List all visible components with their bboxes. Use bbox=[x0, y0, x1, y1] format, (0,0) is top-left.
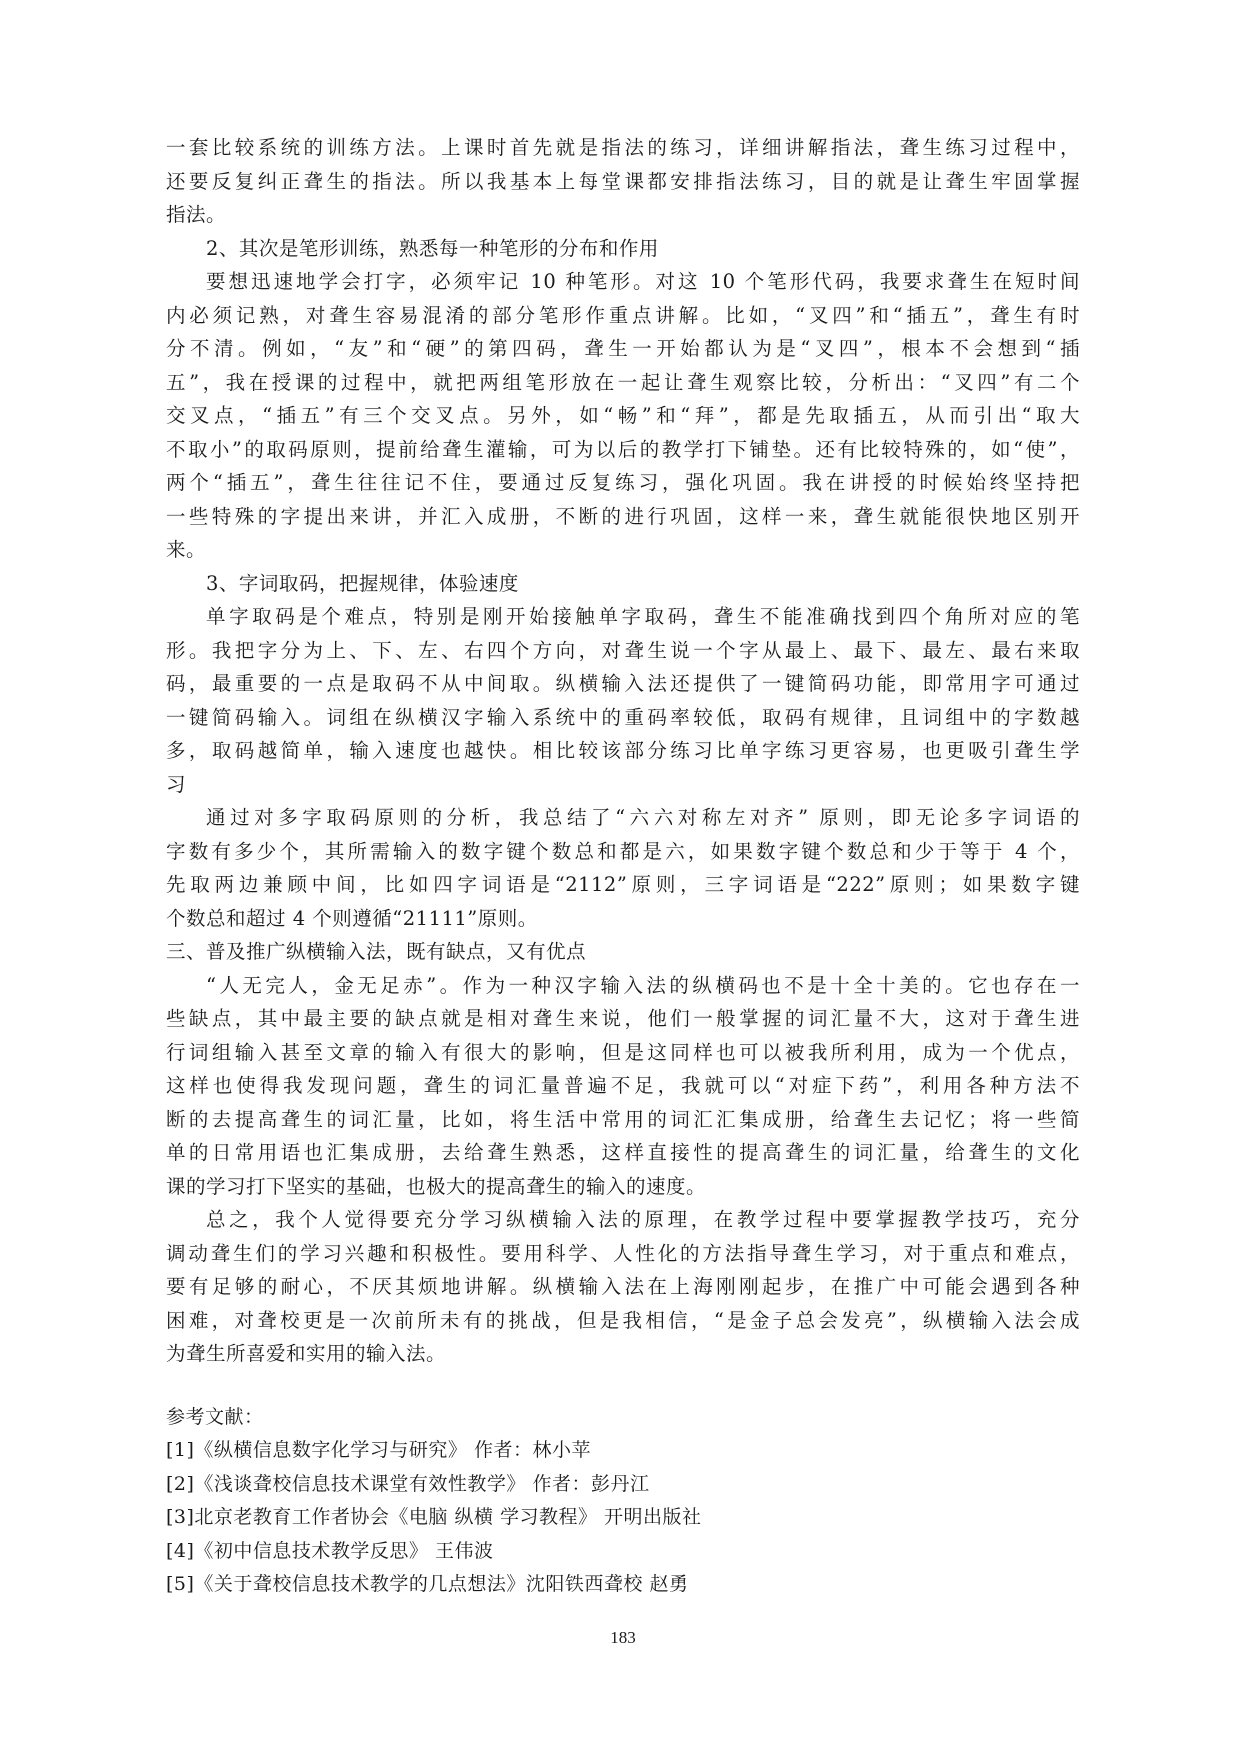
body-text: 一套比较系统的训练方法。上课时首先就是指法的练习，详细讲解指法，聋生练习过程中，… bbox=[166, 131, 1080, 1602]
section-heading-text: 三、普及推广纵横输入法，既有缺点，又有优点 bbox=[166, 935, 1080, 969]
section-heading-promotion: 三、普及推广纵横输入法，既有缺点，又有优点 bbox=[166, 935, 1080, 969]
text-line: 行词组输入甚至文章的输入有很大的影响，但是这同样也可以被我所利用，成为一个优点， bbox=[166, 1036, 1080, 1070]
references-heading: 参考文献： bbox=[166, 1401, 1080, 1435]
text-line: 来。 bbox=[166, 533, 1080, 567]
reference-item: [2]《浅谈聋校信息技术课堂有效性教学》 作者：彭丹江 bbox=[166, 1468, 1080, 1502]
text-line: 断的去提高聋生的词汇量，比如，将生活中常用的词汇汇集成册，给聋生去记忆；将一些简 bbox=[166, 1103, 1080, 1137]
text-line: 形。我把字分为上、下、左、右四个方向，对聋生说一个字从最上、最下、最左、最右来取 bbox=[166, 634, 1080, 668]
text-line: 多，取码越简单，输入速度也越快。相比较该部分练习比单字练习更容易，也更吸引聋生学 bbox=[166, 734, 1080, 768]
text-line: 为聋生所喜爱和实用的输入法。 bbox=[166, 1337, 1080, 1371]
text-line: 指法。 bbox=[166, 198, 1080, 232]
text-line: 先取两边兼顾中间，比如四字词语是“2112”原则，三字词语是“222”原则；如果… bbox=[166, 868, 1080, 902]
reference-item: [3]北京老教育工作者协会《电脑 纵横 学习教程》 开明出版社 bbox=[166, 1501, 1080, 1535]
text-line: 一套比较系统的训练方法。上课时首先就是指法的练习，详细讲解指法，聋生练习过程中， bbox=[166, 131, 1080, 165]
text-line: 还要反复纠正聋生的指法。所以我基本上每堂课都安排指法练习，目的就是让聋生牢固掌握 bbox=[166, 165, 1080, 199]
text-line: 习 bbox=[166, 768, 1080, 802]
text-line: 码，最重要的一点是取码不从中间取。纵横输入法还提供了一键简码功能，即常用字可通过 bbox=[166, 667, 1080, 701]
text-line: 单的日常用语也汇集成册，去给聋生熟悉，这样直接性的提高聋生的词汇量，给聋生的文化 bbox=[166, 1136, 1080, 1170]
text-line: 五”，我在授课的过程中，就把两组笔形放在一起让聋生观察比较，分析出：“叉四”有二… bbox=[166, 366, 1080, 400]
text-line: 些缺点，其中最主要的缺点就是相对聋生来说，他们一般掌握的词汇量不大，这对于聋生进 bbox=[166, 1002, 1080, 1036]
text-line: 单字取码是个难点，特别是刚开始接触单字取码，聋生不能准确找到四个角所对应的笔 bbox=[166, 600, 1080, 634]
text-line: 内必须记熟，对聋生容易混淆的部分笔形作重点讲解。比如，“叉四”和“插五”，聋生有… bbox=[166, 299, 1080, 333]
text-line: 困难，对聋校更是一次前所未有的挑战，但是我相信，“是金子总会发亮”，纵横输入法会… bbox=[166, 1304, 1080, 1338]
reference-item: [5]《关于聋校信息技术教学的几点想法》沈阳铁西聋校 赵勇 bbox=[166, 1568, 1080, 1602]
text-line: 调动聋生们的学习兴趣和积极性。要用科学、人性化的方法指导聋生学习，对于重点和难点… bbox=[166, 1237, 1080, 1271]
subheading-text: 3、字词取码，把握规律，体验速度 bbox=[166, 567, 1080, 601]
reference-item: [4]《初中信息技术教学反思》 王伟波 bbox=[166, 1535, 1080, 1569]
subheading-word-coding: 3、字词取码，把握规律，体验速度 bbox=[166, 567, 1080, 601]
text-line: 要想迅速地学会打字，必须牢记 10 种笔形。对这 10 个笔形代码，我要求聋生在… bbox=[166, 265, 1080, 299]
paragraph: 单字取码是个难点，特别是刚开始接触单字取码，聋生不能准确找到四个角所对应的笔 形… bbox=[166, 600, 1080, 801]
subheading-text: 2、其次是笔形训练，熟悉每一种笔形的分布和作用 bbox=[166, 232, 1080, 266]
page-number: 183 bbox=[0, 1628, 1246, 1648]
references: 参考文献： [1]《纵横信息数字化学习与研究》 作者：林小苹 [2]《浅谈聋校信… bbox=[166, 1401, 1080, 1602]
subheading-strokes-training: 2、其次是笔形训练，熟悉每一种笔形的分布和作用 bbox=[166, 232, 1080, 266]
text-line: 要有足够的耐心，不厌其烦地讲解。纵横输入法在上海刚刚起步，在推广中可能会遇到各种 bbox=[166, 1270, 1080, 1304]
paragraph: 一套比较系统的训练方法。上课时首先就是指法的练习，详细讲解指法，聋生练习过程中，… bbox=[166, 131, 1080, 232]
text-line: 个数总和超过 4 个则遵循“21111”原则。 bbox=[166, 902, 1080, 936]
text-line: “人无完人，金无足赤”。作为一种汉字输入法的纵横码也不是十全十美的。它也存在一 bbox=[166, 969, 1080, 1003]
text-line: 不取小”的取码原则，提前给聋生灌输，可为以后的教学打下铺垫。还有比较特殊的，如“… bbox=[166, 433, 1080, 467]
paragraph: “人无完人，金无足赤”。作为一种汉字输入法的纵横码也不是十全十美的。它也存在一 … bbox=[166, 969, 1080, 1204]
text-line: 交叉点，“插五”有三个交叉点。另外，如“畅”和“拜”，都是先取插五，从而引出“取… bbox=[166, 399, 1080, 433]
text-line: 两个“插五”，聋生往往记不住，要通过反复练习，强化巩固。我在讲授的时候始终坚持把 bbox=[166, 466, 1080, 500]
reference-item: [1]《纵横信息数字化学习与研究》 作者：林小苹 bbox=[166, 1434, 1080, 1468]
document-page: 一套比较系统的训练方法。上课时首先就是指法的练习，详细讲解指法，聋生练习过程中，… bbox=[0, 0, 1246, 1763]
text-line: 字数有多少个，其所需输入的数字键个数总和都是六，如果数字键个数总和少于等于 4 … bbox=[166, 835, 1080, 869]
paragraph: 通过对多字取码原则的分析，我总结了“六六对称左对齐” 原则，即无论多字词语的 字… bbox=[166, 801, 1080, 935]
spacer bbox=[166, 1371, 1080, 1401]
text-line: 课的学习打下坚实的基础，也极大的提高聋生的输入的速度。 bbox=[166, 1170, 1080, 1204]
paragraph-conclusion: 总之，我个人觉得要充分学习纵横输入法的原理，在教学过程中要掌握教学技巧，充分 调… bbox=[166, 1203, 1080, 1371]
paragraph: 要想迅速地学会打字，必须牢记 10 种笔形。对这 10 个笔形代码，我要求聋生在… bbox=[166, 265, 1080, 567]
text-line: 一些特殊的字提出来讲，并汇入成册，不断的进行巩固，这样一来，聋生就能很快地区别开 bbox=[166, 500, 1080, 534]
text-line: 总之，我个人觉得要充分学习纵横输入法的原理，在教学过程中要掌握教学技巧，充分 bbox=[166, 1203, 1080, 1237]
text-line: 通过对多字取码原则的分析，我总结了“六六对称左对齐” 原则，即无论多字词语的 bbox=[166, 801, 1080, 835]
text-line: 这样也使得我发现问题，聋生的词汇量普遍不足，我就可以“对症下药”，利用各种方法不 bbox=[166, 1069, 1080, 1103]
text-line: 分不清。例如，“友”和“硬”的第四码，聋生一开始都认为是“叉四”，根本不会想到“… bbox=[166, 332, 1080, 366]
text-line: 一键简码输入。词组在纵横汉字输入系统中的重码率较低，取码有规律，且词组中的字数越 bbox=[166, 701, 1080, 735]
